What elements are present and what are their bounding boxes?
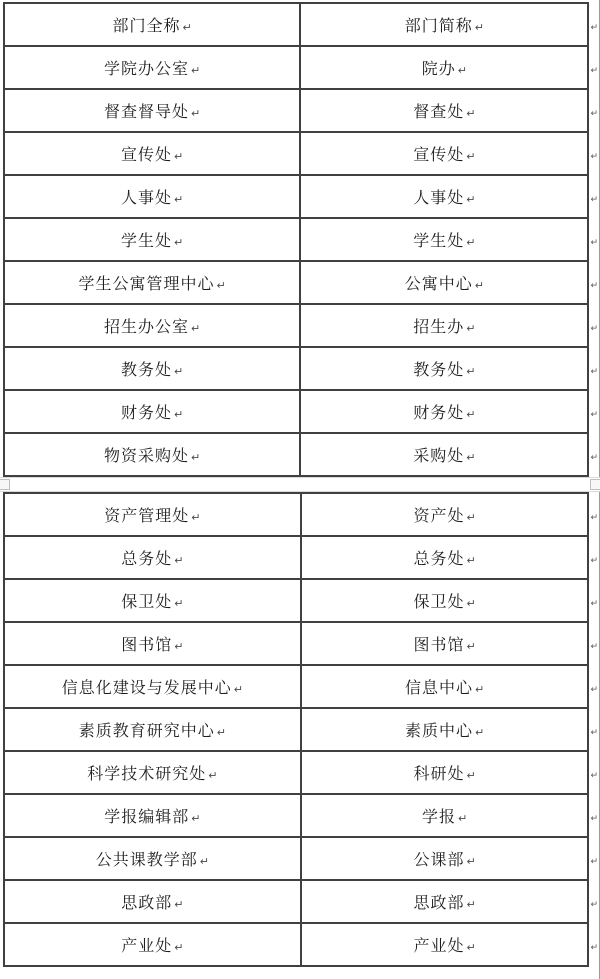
end-of-cell-mark: ↵ <box>466 855 475 868</box>
dept-cell-text: 宣传处 <box>413 145 464 164</box>
end-of-row-mark: ↵ <box>590 728 599 738</box>
row-gutter: ↵ <box>588 923 599 966</box>
end-of-cell-mark: ↵ <box>466 769 475 782</box>
end-of-row-mark: ↵ <box>590 281 599 291</box>
page-break-left-bracket <box>0 479 10 490</box>
dept-short-name-cell: 学报↵ <box>301 794 589 837</box>
end-of-row-mark: ↵ <box>590 324 599 334</box>
table-row: 宣传处↵宣传处↵↵ <box>4 132 599 175</box>
row-gutter: ↵ <box>588 536 599 579</box>
dept-cell-text: 资产处 <box>413 506 464 525</box>
table-row: 素质教育研究中心↵素质中心↵↵ <box>4 708 599 751</box>
dept-short-name-cell: 科研处↵ <box>301 751 589 794</box>
row-gutter: ↵ <box>588 837 599 880</box>
dept-short-name-cell: 招生办↵ <box>300 304 588 347</box>
end-of-cell-mark: ↵ <box>466 408 475 421</box>
row-gutter: ↵ <box>588 261 599 304</box>
end-of-cell-mark: ↵ <box>466 554 475 567</box>
dept-cell-text: 信息中心 <box>405 678 473 697</box>
end-of-cell-mark: ↵ <box>217 279 226 292</box>
dept-full-name-cell: 信息化建设与发展中心↵ <box>4 665 301 708</box>
end-of-cell-mark: ↵ <box>208 769 217 782</box>
table-row: 人事处↵人事处↵↵ <box>4 175 599 218</box>
dept-cell-text: 素质教育研究中心 <box>79 721 215 740</box>
dept-short-name-cell: 院办↵ <box>300 46 588 89</box>
header-short-name-text: 部门简称 <box>405 16 473 35</box>
end-of-row-mark: ↵ <box>590 556 599 566</box>
table-row: 教务处↵教务处↵↵ <box>4 347 599 390</box>
dept-cell-text: 资产管理处 <box>104 506 189 525</box>
dept-cell-text: 教务处 <box>121 360 172 379</box>
end-of-row-mark: ↵ <box>590 152 599 162</box>
end-of-cell-mark: ↵ <box>234 683 243 696</box>
end-of-row-mark: ↵ <box>590 109 599 119</box>
end-of-cell-mark: ↵ <box>466 941 475 954</box>
end-of-row-mark: ↵ <box>590 238 599 248</box>
table-row: 物资采购处↵采购处↵↵ <box>4 433 599 476</box>
end-of-cell-mark: ↵ <box>174 408 183 421</box>
end-of-cell-mark: ↵ <box>475 726 484 739</box>
end-of-cell-mark: ↵ <box>466 898 475 911</box>
dept-full-name-cell: 产业处↵ <box>4 923 301 966</box>
dept-short-name-cell: 公课部↵ <box>301 837 589 880</box>
end-of-cell-mark: ↵ <box>458 64 467 77</box>
department-table-page1: 部门全称↵ 部门简称↵ ↵ 学院办公室↵院办↵↵督查督导处↵督查处↵↵宣传处↵宣… <box>3 2 600 477</box>
table-row: 总务处↵总务处↵↵ <box>4 536 599 579</box>
end-of-row-mark: ↵ <box>590 513 599 523</box>
end-of-row-mark: ↵ <box>590 857 599 867</box>
dept-cell-text: 院办 <box>422 59 456 78</box>
dept-cell-text: 学报编辑部 <box>104 807 189 826</box>
page-break-gap <box>0 477 600 492</box>
dept-short-name-cell: 公寓中心↵ <box>300 261 588 304</box>
dept-short-name-cell: 图书馆↵ <box>301 622 589 665</box>
dept-full-name-cell: 总务处↵ <box>4 536 301 579</box>
dept-cell-text: 宣传处 <box>121 145 172 164</box>
dept-full-name-cell: 资产管理处↵ <box>4 493 301 536</box>
table-row: 思政部↵思政部↵↵ <box>4 880 599 923</box>
end-of-cell-mark: ↵ <box>475 683 484 696</box>
table-row: 科学技术研究处↵科研处↵↵ <box>4 751 599 794</box>
end-of-cell-mark: ↵ <box>174 150 183 163</box>
end-of-cell-mark: ↵ <box>466 365 475 378</box>
dept-cell-text: 产业处 <box>121 936 172 955</box>
row-gutter: ↵ <box>588 665 599 708</box>
end-of-cell-mark: ↵ <box>174 597 183 610</box>
row-gutter: ↵ <box>588 347 599 390</box>
dept-full-name-cell: 学报编辑部↵ <box>4 794 301 837</box>
end-of-cell-mark: ↵ <box>191 107 200 120</box>
end-of-cell-mark: ↵ <box>174 640 183 653</box>
dept-short-name-cell: 宣传处↵ <box>300 132 588 175</box>
dept-cell-text: 督查督导处 <box>104 102 189 121</box>
dept-short-name-cell: 督查处↵ <box>300 89 588 132</box>
end-of-cell-mark: ↵ <box>466 511 475 524</box>
dept-cell-text: 学生处 <box>121 231 172 250</box>
table-row: 公共课教学部↵公课部↵↵ <box>4 837 599 880</box>
row-gutter: ↵ <box>588 132 599 175</box>
end-of-cell-mark: ↵ <box>458 812 467 825</box>
dept-cell-text: 学院办公室 <box>104 59 189 78</box>
end-of-row-mark: ↵ <box>590 943 599 953</box>
table-row: 招生办公室↵招生办↵↵ <box>4 304 599 347</box>
document-table-area: 部门全称↵ 部门简称↵ ↵ 学院办公室↵院办↵↵督查督导处↵督查处↵↵宣传处↵宣… <box>3 2 600 967</box>
end-of-cell-mark: ↵ <box>475 21 484 34</box>
end-of-row-mark: ↵ <box>590 453 599 463</box>
end-of-row-mark: ↵ <box>590 685 599 695</box>
end-of-cell-mark: ↵ <box>200 855 209 868</box>
dept-cell-text: 招生办 <box>413 317 464 336</box>
dept-cell-text: 财务处 <box>121 403 172 422</box>
dept-full-name-cell: 公共课教学部↵ <box>4 837 301 880</box>
table-row: 财务处↵财务处↵↵ <box>4 390 599 433</box>
row-gutter: ↵ <box>588 3 599 46</box>
dept-cell-text: 公课部 <box>413 850 464 869</box>
end-of-cell-mark: ↵ <box>174 365 183 378</box>
row-gutter: ↵ <box>588 433 599 476</box>
dept-cell-text: 督查处 <box>413 102 464 121</box>
dept-cell-text: 学生公寓管理中心 <box>79 274 215 293</box>
dept-full-name-cell: 人事处↵ <box>4 175 300 218</box>
dept-full-name-cell: 学生处↵ <box>4 218 300 261</box>
table-row: 保卫处↵保卫处↵↵ <box>4 579 599 622</box>
dept-cell-text: 科学技术研究处 <box>87 764 206 783</box>
dept-short-name-cell: 学生处↵ <box>300 218 588 261</box>
dept-full-name-cell: 思政部↵ <box>4 880 301 923</box>
dept-cell-text: 财务处 <box>413 403 464 422</box>
dept-short-name-cell: 信息中心↵ <box>301 665 589 708</box>
end-of-cell-mark: ↵ <box>466 640 475 653</box>
end-of-cell-mark: ↵ <box>174 193 183 206</box>
dept-cell-text: 采购处 <box>413 446 464 465</box>
dept-cell-text: 物资采购处 <box>104 446 189 465</box>
end-of-cell-mark: ↵ <box>174 236 183 249</box>
end-of-row-mark: ↵ <box>590 599 599 609</box>
dept-short-name-cell: 思政部↵ <box>301 880 589 923</box>
dept-cell-text: 思政部 <box>413 893 464 912</box>
table-row: 图书馆↵图书馆↵↵ <box>4 622 599 665</box>
dept-cell-text: 思政部 <box>121 893 172 912</box>
end-of-cell-mark: ↵ <box>466 236 475 249</box>
dept-short-name-cell: 资产处↵ <box>301 493 589 536</box>
end-of-row-mark: ↵ <box>590 410 599 420</box>
row-gutter: ↵ <box>588 622 599 665</box>
dept-full-name-cell: 图书馆↵ <box>4 622 301 665</box>
row-gutter: ↵ <box>588 218 599 261</box>
department-table-page2: 资产管理处↵资产处↵↵总务处↵总务处↵↵保卫处↵保卫处↵↵图书馆↵图书馆↵↵信息… <box>3 492 600 967</box>
end-of-cell-mark: ↵ <box>174 554 183 567</box>
end-of-row-mark: ↵ <box>590 367 599 377</box>
dept-cell-text: 保卫处 <box>413 592 464 611</box>
dept-full-name-cell: 招生办公室↵ <box>4 304 300 347</box>
end-of-cell-mark: ↵ <box>174 898 183 911</box>
table-row: 学报编辑部↵学报↵↵ <box>4 794 599 837</box>
end-of-cell-mark: ↵ <box>191 322 200 335</box>
dept-cell-text: 学报 <box>422 807 456 826</box>
table-row: 资产管理处↵资产处↵↵ <box>4 493 599 536</box>
header-cell-full-name: 部门全称↵ <box>4 3 300 46</box>
dept-cell-text: 素质中心 <box>405 721 473 740</box>
dept-full-name-cell: 督查督导处↵ <box>4 89 300 132</box>
row-gutter: ↵ <box>588 390 599 433</box>
dept-cell-text: 招生办公室 <box>104 317 189 336</box>
dept-full-name-cell: 学院办公室↵ <box>4 46 300 89</box>
end-of-cell-mark: ↵ <box>217 726 226 739</box>
row-gutter: ↵ <box>588 46 599 89</box>
end-of-cell-mark: ↵ <box>191 451 200 464</box>
end-of-cell-mark: ↵ <box>191 64 200 77</box>
row-gutter: ↵ <box>588 493 599 536</box>
end-of-cell-mark: ↵ <box>466 451 475 464</box>
dept-short-name-cell: 总务处↵ <box>301 536 589 579</box>
row-gutter: ↵ <box>588 880 599 923</box>
end-of-row-mark: ↵ <box>590 23 599 33</box>
header-cell-short-name: 部门简称↵ <box>300 3 588 46</box>
row-gutter: ↵ <box>588 794 599 837</box>
dept-cell-text: 人事处 <box>413 188 464 207</box>
table-row: 产业处↵产业处↵↵ <box>4 923 599 966</box>
dept-short-name-cell: 采购处↵ <box>300 433 588 476</box>
dept-full-name-cell: 财务处↵ <box>4 390 300 433</box>
dept-cell-text: 产业处 <box>413 936 464 955</box>
end-of-row-mark: ↵ <box>590 642 599 652</box>
dept-short-name-cell: 保卫处↵ <box>301 579 589 622</box>
end-of-cell-mark: ↵ <box>191 511 200 524</box>
row-gutter: ↵ <box>588 708 599 751</box>
dept-short-name-cell: 财务处↵ <box>300 390 588 433</box>
dept-cell-text: 科研处 <box>413 764 464 783</box>
table-row: 信息化建设与发展中心↵信息中心↵↵ <box>4 665 599 708</box>
dept-cell-text: 保卫处 <box>121 592 172 611</box>
row-gutter: ↵ <box>588 751 599 794</box>
dept-full-name-cell: 物资采购处↵ <box>4 433 300 476</box>
dept-full-name-cell: 教务处↵ <box>4 347 300 390</box>
row-gutter: ↵ <box>588 89 599 132</box>
row-gutter: ↵ <box>588 304 599 347</box>
dept-cell-text: 图书馆 <box>413 635 464 654</box>
end-of-row-mark: ↵ <box>590 771 599 781</box>
end-of-cell-mark: ↵ <box>174 941 183 954</box>
dept-cell-text: 图书馆 <box>121 635 172 654</box>
dept-full-name-cell: 素质教育研究中心↵ <box>4 708 301 751</box>
end-of-cell-mark: ↵ <box>466 597 475 610</box>
dept-cell-text: 信息化建设与发展中心 <box>62 678 232 697</box>
end-of-row-mark: ↵ <box>590 814 599 824</box>
dept-cell-text: 总务处 <box>121 549 172 568</box>
dept-full-name-cell: 学生公寓管理中心↵ <box>4 261 300 304</box>
end-of-row-mark: ↵ <box>590 66 599 76</box>
end-of-cell-mark: ↵ <box>191 812 200 825</box>
end-of-cell-mark: ↵ <box>466 150 475 163</box>
end-of-row-mark: ↵ <box>590 900 599 910</box>
end-of-cell-mark: ↵ <box>466 322 475 335</box>
dept-full-name-cell: 保卫处↵ <box>4 579 301 622</box>
dept-cell-text: 教务处 <box>413 360 464 379</box>
dept-cell-text: 公共课教学部 <box>96 850 198 869</box>
table-row: 学生处↵学生处↵↵ <box>4 218 599 261</box>
end-of-cell-mark: ↵ <box>466 107 475 120</box>
dept-short-name-cell: 素质中心↵ <box>301 708 589 751</box>
table-row: 督查督导处↵督查处↵↵ <box>4 89 599 132</box>
dept-short-name-cell: 教务处↵ <box>300 347 588 390</box>
dept-short-name-cell: 产业处↵ <box>301 923 589 966</box>
dept-cell-text: 公寓中心 <box>405 274 473 293</box>
end-of-cell-mark: ↵ <box>475 279 484 292</box>
dept-short-name-cell: 人事处↵ <box>300 175 588 218</box>
end-of-row-mark: ↵ <box>590 195 599 205</box>
row-gutter: ↵ <box>588 175 599 218</box>
table-header-row: 部门全称↵ 部门简称↵ ↵ <box>4 3 599 46</box>
dept-cell-text: 总务处 <box>413 549 464 568</box>
dept-full-name-cell: 宣传处↵ <box>4 132 300 175</box>
header-full-name-text: 部门全称 <box>113 16 181 35</box>
end-of-cell-mark: ↵ <box>183 21 192 34</box>
page-break-right-bracket <box>590 479 600 490</box>
end-of-cell-mark: ↵ <box>466 193 475 206</box>
table-row: 学院办公室↵院办↵↵ <box>4 46 599 89</box>
dept-cell-text: 人事处 <box>121 188 172 207</box>
table-row: 学生公寓管理中心↵公寓中心↵↵ <box>4 261 599 304</box>
dept-cell-text: 学生处 <box>413 231 464 250</box>
dept-full-name-cell: 科学技术研究处↵ <box>4 751 301 794</box>
row-gutter: ↵ <box>588 579 599 622</box>
